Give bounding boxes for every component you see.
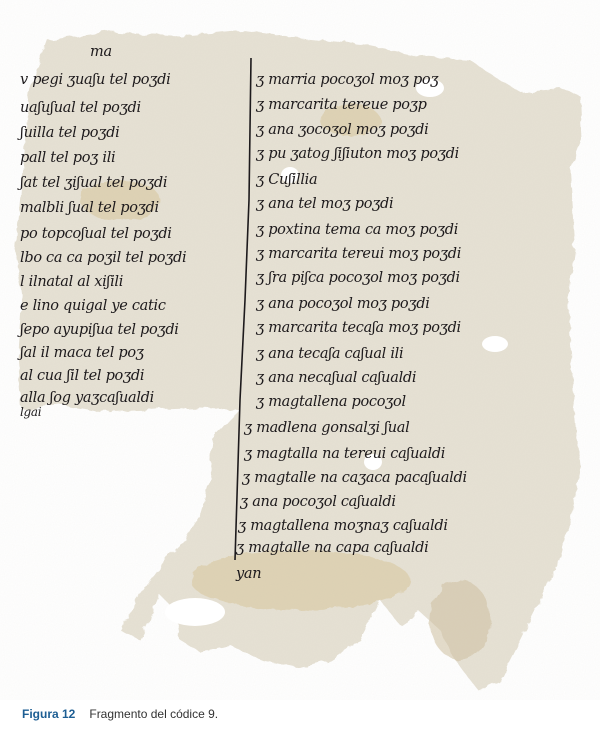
manuscript-line: ma — [90, 44, 112, 60]
manuscript-line: l ilnatal al xiʃili — [20, 274, 123, 290]
manuscript-line: alla ʃog yaʒcaʃualdi — [20, 390, 154, 406]
manuscript-line: ʒ magtalle na capa caʃualdi — [236, 540, 428, 556]
manuscript-line: ʒ Cuʃillia — [256, 172, 317, 188]
manuscript-line: e lino quigal ye catic — [20, 298, 166, 314]
manuscript-figure: ma v pegi ʒuaʃu tel poʒdi uaʃuʃual tel p… — [0, 0, 600, 700]
figure-caption: Figura 12 Fragmento del códice 9. — [22, 707, 218, 721]
manuscript-line: ʃal il maca tel poʒ — [20, 345, 144, 361]
manuscript-line: ʒ ana pocoʒol caʃualdi — [240, 494, 396, 510]
manuscript-line: ʒ magtalla na tereui caʃualdi — [244, 446, 445, 462]
manuscript-line: v pegi ʒuaʃu tel poʒdi — [20, 72, 170, 88]
manuscript-line: po topcoʃual tel poʒdi — [20, 226, 172, 242]
manuscript-line: ʒ ana ʒocoʒol moʒ poʒdi — [256, 122, 428, 138]
manuscript-line: ʒ marcarita tecaʃa moʒ poʒdi — [256, 320, 461, 336]
manuscript-line: ʒ poxtina tema ca moʒ poʒdi — [256, 222, 458, 238]
manuscript-line: al cua ʃil tel poʒdi — [20, 368, 144, 384]
manuscript-line: ʒ magtallena pocoʒol — [256, 394, 406, 410]
manuscript-line: ʒ marcarita tereue poʒp — [256, 97, 427, 113]
manuscript-line: lbo ca ca poʒil tel poʒdi — [20, 250, 186, 266]
manuscript-line: ʒ magtallena moʒnaʒ caʃualdi — [238, 518, 448, 534]
manuscript-line: ʒ madlena gonsalʒi ʃual — [244, 420, 409, 436]
figure-label: Figura 12 — [22, 707, 75, 721]
manuscript-line: ʒ magtalle na caʒaca pacaʃualdi — [242, 470, 467, 486]
caption-text: Fragmento del códice 9. — [89, 707, 218, 721]
manuscript-line: lgai — [20, 405, 41, 419]
manuscript-line: ʒ pu ʒatog ʃiʃiuton moʒ poʒdi — [256, 146, 459, 162]
manuscript-line: ʃat tel ʒiʃual tel poʒdi — [20, 175, 167, 191]
manuscript-line: uaʃuʃual tel poʒdi — [20, 100, 141, 116]
manuscript-line: yan — [236, 566, 261, 582]
manuscript-line: ʒ ana tecaʃa caʃual ili — [256, 346, 403, 362]
manuscript-line: ʒ ʃra piʃca pocoʒol moʒ poʒdi — [256, 270, 460, 286]
manuscript-line: ʒ marcarita tereui moʒ poʒdi — [256, 246, 461, 262]
manuscript-line: ʒ ana pocoʒol moʒ poʒdi — [256, 296, 430, 312]
manuscript-line: ʒ ana tel moʒ poʒdi — [256, 196, 393, 212]
manuscript-line: ʃuilla tel poʒdi — [20, 125, 119, 141]
manuscript-line: ʒ ana necaʃual caʃualdi — [256, 370, 416, 386]
manuscript-line: pall tel poʒ ili — [20, 150, 115, 166]
manuscript-line: malbli ʃual tel poʒdi — [20, 200, 159, 216]
manuscript-line: ʃepo ayupiʃua tel poʒdi — [20, 322, 179, 338]
manuscript-line: ʒ marria pocoʒol moʒ poʒ — [256, 72, 438, 88]
